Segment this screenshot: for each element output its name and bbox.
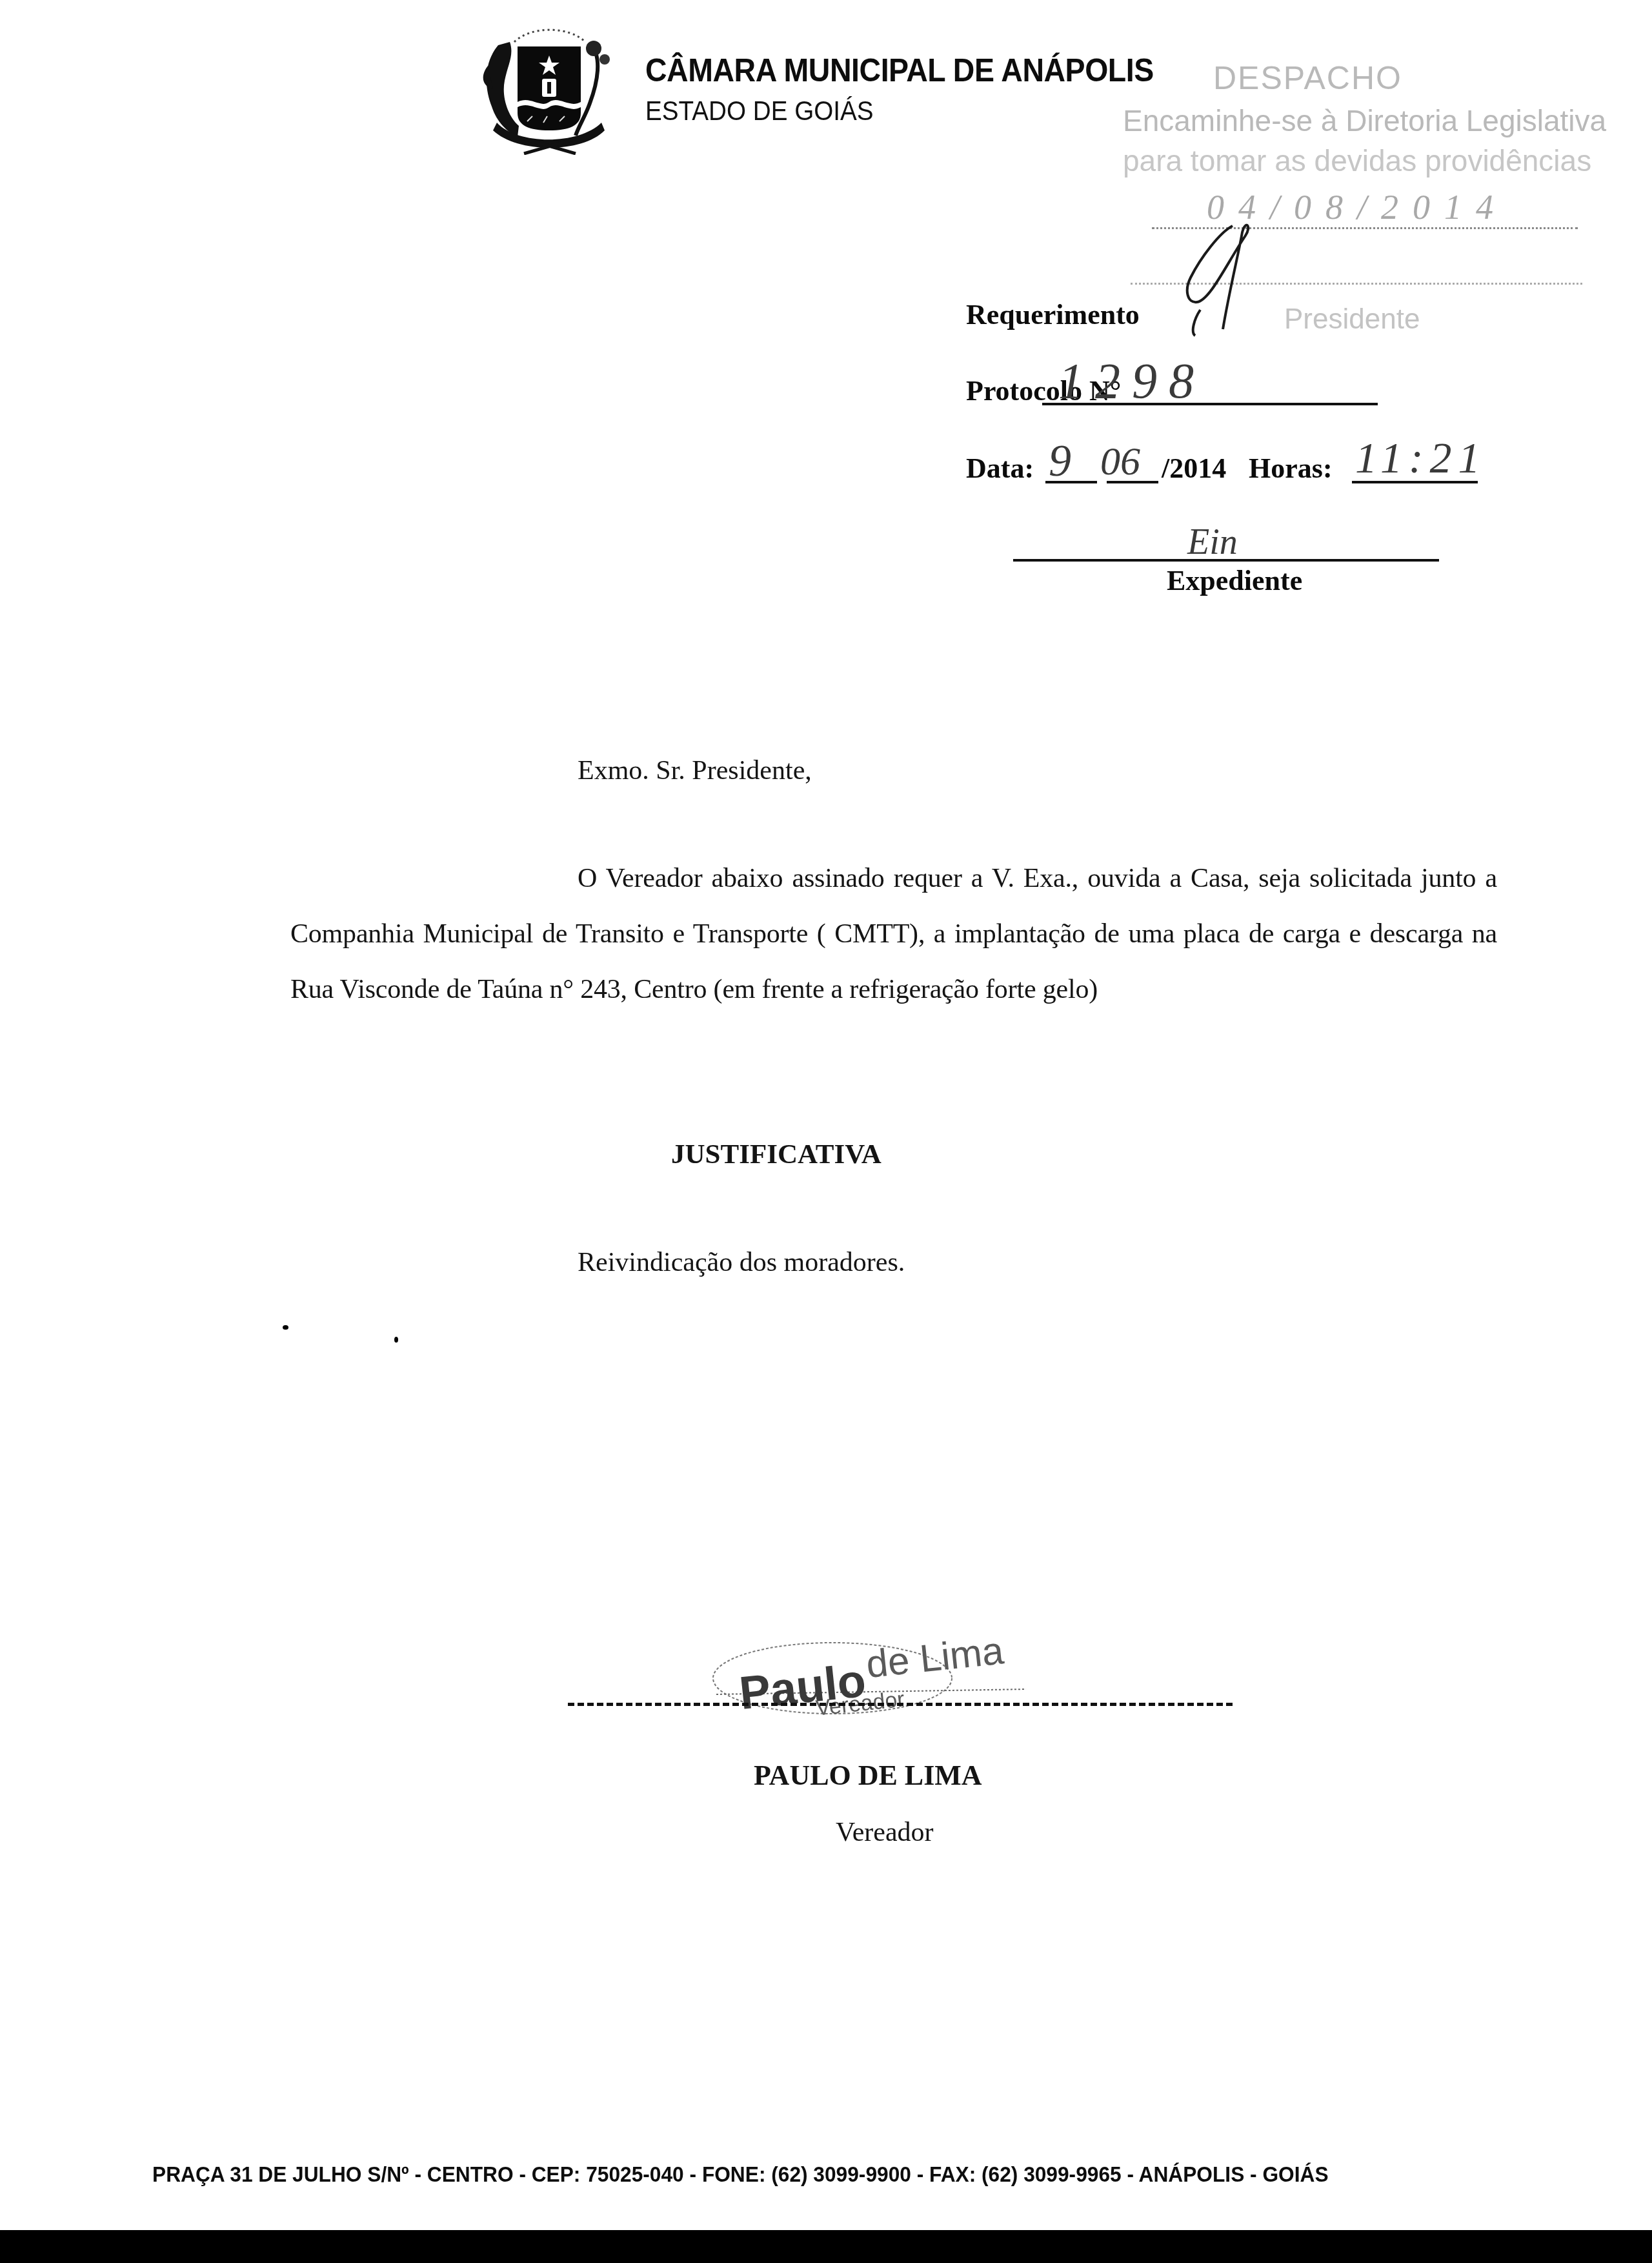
organization-name: CÂMARA MUNICIPAL DE ANÁPOLIS (645, 52, 1154, 89)
svg-text:de Lima: de Lima (864, 1629, 1006, 1686)
expediente-label: Expediente (1167, 564, 1302, 597)
despacho-stamp-line2: para tomar as devidas providências (1123, 143, 1591, 178)
date-month-field[interactable]: 06 (1100, 439, 1140, 485)
hours-label: Horas: (1249, 452, 1333, 485)
protocol-number-field[interactable]: 1298 (1058, 352, 1205, 410)
request-paragraph: O Vereador abaixo assinado requer a V. E… (290, 851, 1497, 1017)
despacho-stamp-role: Presidente (1284, 303, 1420, 336)
organization-state: ESTADO DE GOIÁS (645, 96, 874, 127)
date-day-underline (1045, 481, 1097, 483)
justification-heading: JUSTIFICATIVA (671, 1139, 881, 1170)
expediente-line (1013, 559, 1439, 562)
footer-address: PRAÇA 31 DE JULHO S/Nº - CENTRO - CEP: 7… (152, 2162, 1329, 2187)
signature-line (568, 1703, 1233, 1706)
signatory-name: PAULO DE LIMA (754, 1759, 982, 1792)
despacho-stamp-line1: Encaminhe-se à Diretoria Legislativa (1123, 103, 1606, 138)
signature-stamp-icon: Paulo de Lima Vereador (703, 1617, 1039, 1727)
date-month-underline (1107, 481, 1158, 483)
hours-underline (1352, 481, 1478, 483)
justification-text: Reivindicação dos moradores. (578, 1247, 905, 1278)
scan-border-strip (0, 2230, 1652, 2263)
hours-field[interactable]: 11:21 (1355, 432, 1487, 483)
expediente-signature: Ein (1187, 522, 1238, 563)
municipal-coat-of-arms-icon (479, 19, 618, 155)
despacho-stamp-title: DESPACHO (1213, 59, 1402, 97)
date-day-field[interactable]: 9 (1049, 436, 1071, 487)
date-label: Data: (966, 452, 1034, 485)
scan-speck (394, 1337, 398, 1343)
date-year: /2014 (1162, 452, 1226, 485)
scan-speck (283, 1325, 288, 1330)
protocol-underline (1042, 403, 1378, 405)
salutation: Exmo. Sr. Presidente, (578, 755, 812, 786)
document-type-label: Requerimento (966, 298, 1140, 331)
signatory-role: Vereador (836, 1817, 934, 1848)
